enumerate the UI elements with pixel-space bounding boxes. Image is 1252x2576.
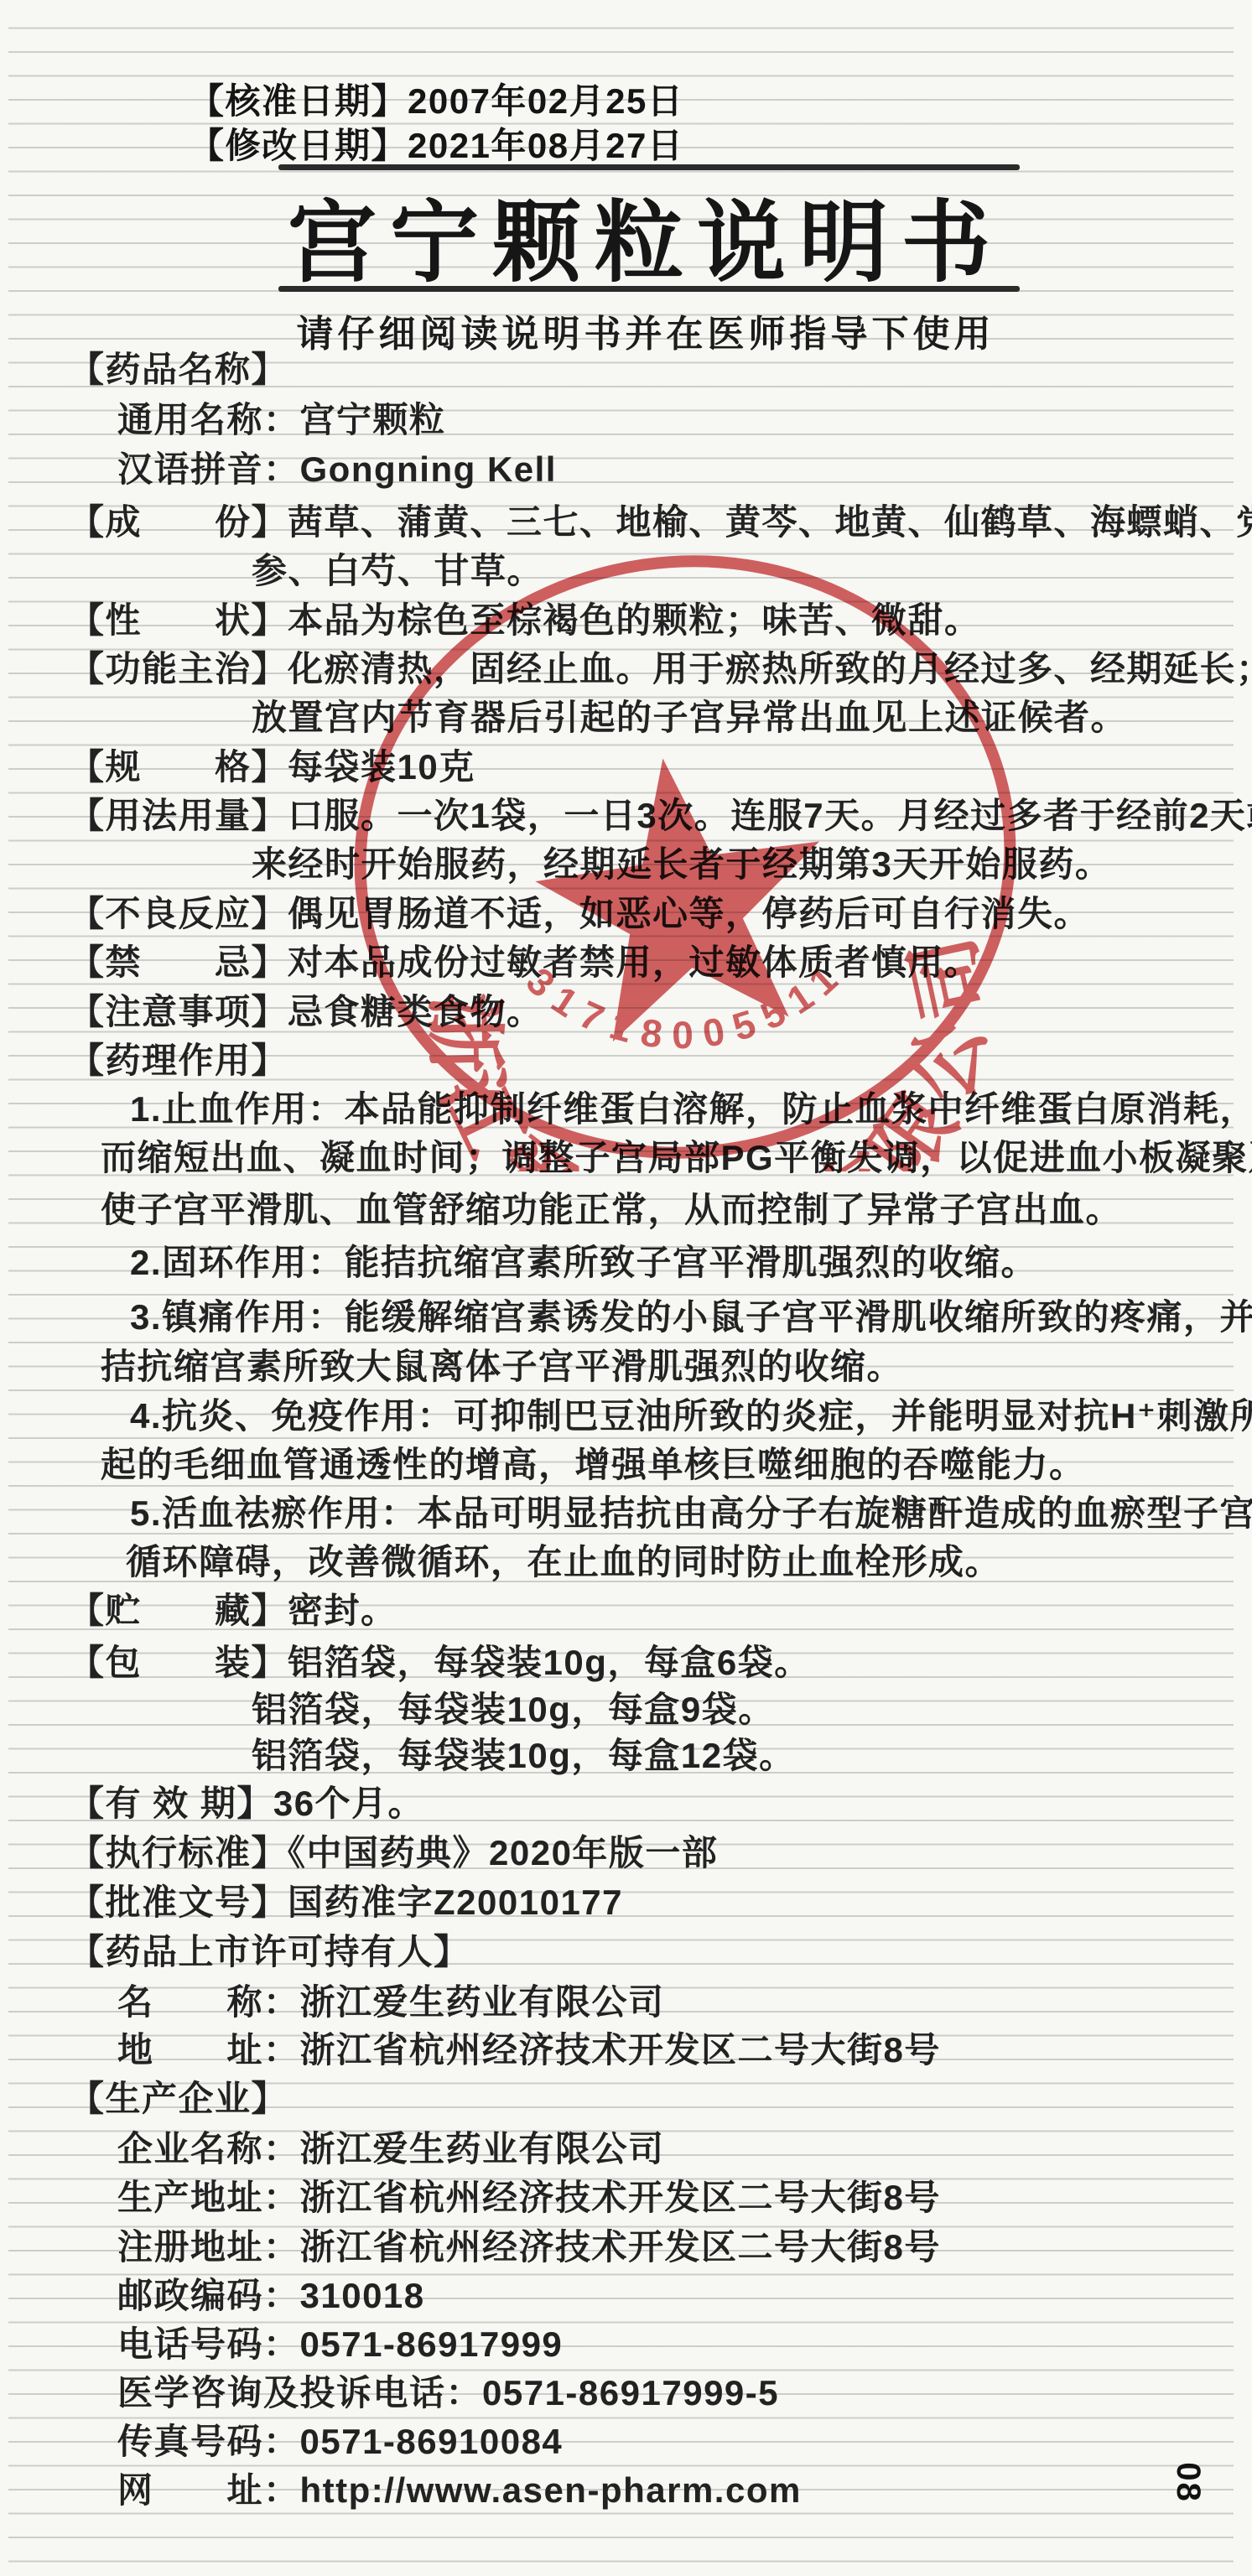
page-title: 宫宁颗粒说明书 bbox=[193, 172, 1099, 299]
approval-date-line: 【核准日期】2007年02月25日 bbox=[189, 74, 683, 124]
pharmacology-2-line: 2.固环作用：能拮抗缩宫素所致子宫平滑肌强烈的收缩。 bbox=[130, 1235, 1037, 1285]
title-bottom-rule bbox=[278, 286, 1020, 292]
consultation-phone-line: 医学咨询及投诉电话：0571-86917999-5 bbox=[117, 2366, 779, 2416]
mah-name-line: 名 称：浙江爱生药业有限公司 bbox=[117, 1975, 665, 2025]
fax-line: 传真号码：0571-86910084 bbox=[117, 2414, 563, 2464]
mah-label: 【药品上市许可持有人】 bbox=[69, 1924, 470, 1975]
page-subtitle: 请仔细阅读说明书并在医师指导下使用 bbox=[193, 304, 1099, 357]
storage-line: 【贮 藏】密封。 bbox=[69, 1583, 397, 1633]
pharmacology-5-line-2: 循环障碍，改善微循环，在止血的同时防止血栓形成。 bbox=[126, 1535, 1001, 1585]
pharmacology-3-line-2: 拮抗缩宫素所致大鼠离体子宫平滑肌强烈的收缩。 bbox=[101, 1339, 903, 1389]
pinyin-line: 汉语拼音：Gongning Kell bbox=[117, 442, 557, 492]
manufacturer-label: 【生产企业】 bbox=[69, 2071, 288, 2122]
ingredients-line-1: 【成 份】茜草、蒲黄、三七、地榆、黄芩、地黄、仙鹤草、海螵蛸、党 bbox=[69, 495, 1252, 545]
pharmacology-5-line-1: 5.活血祛瘀作用：本品可明显拮抗由高分子右旋糖酐造成的血瘀型子宫微 bbox=[130, 1486, 1252, 1536]
phone-line: 电话号码：0571-86917999 bbox=[117, 2317, 563, 2367]
registered-address-line: 注册地址：浙江省杭州经济技术开发区二号大街8号 bbox=[117, 2220, 941, 2270]
page-number: 08 bbox=[1169, 2462, 1207, 2503]
pharmacology-4-line-2: 起的毛细血管通透性的增高，增强单核巨噬细胞的吞噬能力。 bbox=[101, 1437, 1086, 1488]
title-top-rule bbox=[278, 164, 1020, 170]
package-line-1: 【包 装】铝箔袋，每袋装10g，每盒6袋。 bbox=[69, 1635, 811, 1685]
drug-name-label: 【药品名称】 bbox=[69, 342, 288, 392]
dosage-line-2: 来经时开始服药，经期延长者于经期第3天开始服药。 bbox=[252, 837, 1111, 887]
pharmacology-1-line-2: 而缩短出血、凝血时间；调整子宫局部PG平衡失调，以促进血小板凝聚及 bbox=[101, 1130, 1252, 1181]
pharmacology-label: 【药理作用】 bbox=[69, 1033, 288, 1083]
pharmacology-1-line-3: 使子宫平滑肌、血管舒缩功能正常，从而控制了异常子宫出血。 bbox=[101, 1182, 1122, 1233]
pharmacology-4-line-1: 4.抗炎、免疫作用：可抑制巴豆油所致的炎症，并能明显对抗H⁺刺激所引 bbox=[130, 1389, 1252, 1439]
precautions-line: 【注意事项】忌食糖类食物。 bbox=[69, 984, 543, 1035]
adverse-reactions-line: 【不良反应】偶见胃肠道不适，如恶心等，停药后可自行消失。 bbox=[69, 886, 1090, 937]
ingredients-line-2: 参、白芍、甘草。 bbox=[252, 543, 543, 594]
pharmacology-1-line-1: 1.止血作用：本品能抑制纤维蛋白溶解，防止血浆中纤维蛋白原消耗，从 bbox=[130, 1082, 1252, 1132]
website-line: 网 址：http://www.asen-pharm.com bbox=[117, 2463, 802, 2513]
description-line: 【性 状】本品为棕色至棕褐色的颗粒；味苦、微甜。 bbox=[69, 593, 981, 643]
production-address-line: 生产地址：浙江省杭州经济技术开发区二号大街8号 bbox=[117, 2170, 941, 2220]
specification-line: 【规 格】每袋装10克 bbox=[69, 740, 475, 790]
indications-line-1: 【功能主治】化瘀清热，固经止血。用于瘀热所致的月经过多、经期延长； bbox=[69, 641, 1252, 692]
package-line-3: 铝箔袋，每袋装10g，每盒12袋。 bbox=[252, 1728, 796, 1779]
indications-line-2: 放置宫内节育器后引起的子宫异常出血见上述证候者。 bbox=[252, 690, 1127, 740]
dosage-line-1: 【用法用量】口服。一次1袋，一日3次。连服7天。月经过多者于经前2天或 bbox=[69, 788, 1252, 839]
postcode-line: 邮政编码：310018 bbox=[117, 2268, 425, 2319]
package-line-2: 铝箔袋，每袋装10g，每盒9袋。 bbox=[252, 1682, 775, 1732]
generic-name-line: 通用名称：宫宁颗粒 bbox=[117, 392, 446, 443]
contraindications-line: 【禁 忌】对本品成份过敏者禁用，过敏体质者慎用。 bbox=[69, 935, 981, 985]
company-name-line: 企业名称：浙江爱生药业有限公司 bbox=[117, 2122, 665, 2172]
pharmacology-3-line-1: 3.镇痛作用：能缓解缩宫素诱发的小鼠子宫平滑肌收缩所致的疼痛，并能 bbox=[130, 1290, 1252, 1340]
revision-date-line: 【修改日期】2021年08月27日 bbox=[189, 118, 683, 169]
validity-line: 【有 效 期】36个月。 bbox=[69, 1776, 424, 1826]
mah-address-line: 地 址：浙江省杭州经济技术开发区二号大街8号 bbox=[117, 2023, 941, 2073]
standard-line: 【执行标准】《中国药典》2020年版一部 bbox=[69, 1826, 718, 1876]
approval-number-line: 【批准文号】国药准字Z20010177 bbox=[69, 1875, 623, 1925]
